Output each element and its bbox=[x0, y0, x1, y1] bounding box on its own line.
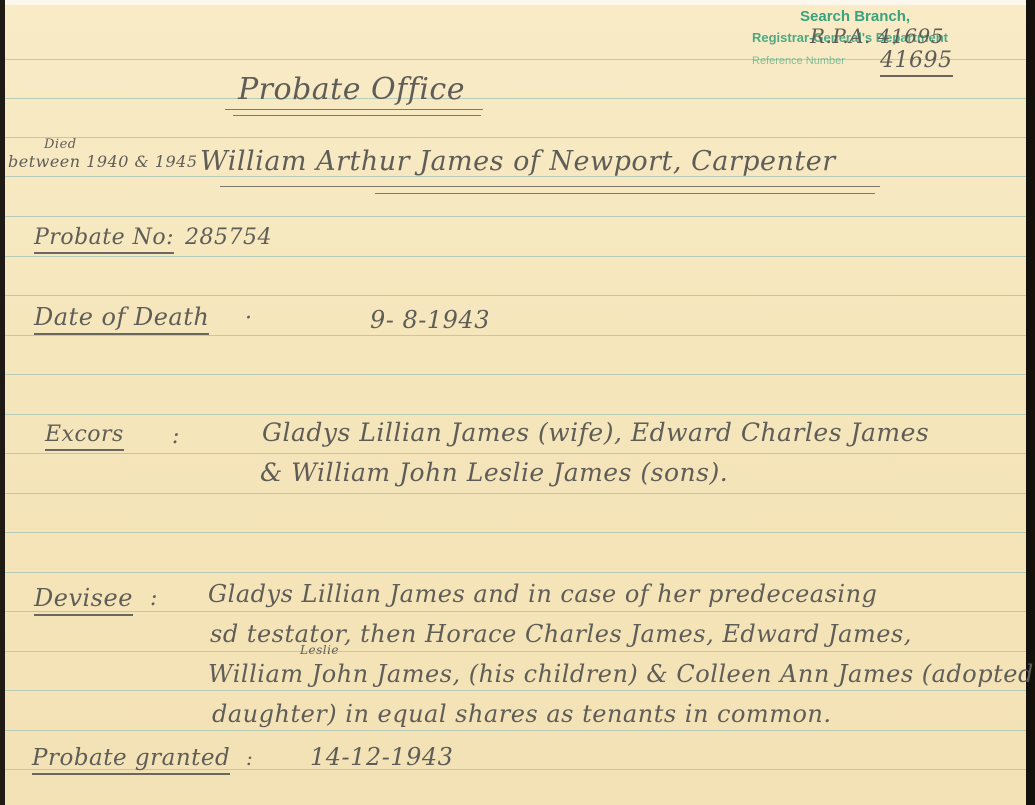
devisee-line-1: Gladys Lillian James and in case of her … bbox=[208, 580, 877, 608]
rule-line bbox=[5, 651, 1026, 652]
devisee-line-3-insert: Leslie bbox=[300, 643, 339, 657]
devisee-line-3: William John James, (his children) & Col… bbox=[208, 660, 1034, 688]
rule-line bbox=[5, 137, 1026, 138]
probate-no-value: 285754 bbox=[185, 225, 272, 250]
date-of-death-label: Date of Death bbox=[34, 303, 209, 335]
rule-line bbox=[5, 453, 1026, 454]
executors-line-1: Gladys Lillian James (wife), Edward Char… bbox=[262, 418, 929, 447]
rule-line bbox=[5, 730, 1026, 731]
probate-granted-separator: : bbox=[246, 746, 253, 770]
probate-granted-label: Probate granted bbox=[32, 745, 230, 775]
name-underline bbox=[220, 186, 880, 187]
probate-no-label: Probate No: bbox=[34, 225, 174, 254]
rule-line bbox=[5, 98, 1026, 99]
rule-line bbox=[5, 532, 1026, 533]
rule-line bbox=[5, 335, 1026, 336]
scan-left-edge bbox=[0, 0, 5, 805]
deceased-name-line: William Arthur James of Newport, Carpent… bbox=[200, 146, 836, 177]
rule-line bbox=[5, 216, 1026, 217]
date-of-death-separator: · bbox=[245, 306, 253, 331]
died-between-years: between 1940 & 1945 bbox=[8, 152, 198, 171]
rule-line bbox=[5, 611, 1026, 612]
stamp-line-reference: Reference Number bbox=[752, 55, 845, 67]
heading-underline bbox=[225, 109, 483, 110]
date-of-death-value: 9- 8-1943 bbox=[370, 306, 490, 334]
heading-underline bbox=[233, 115, 481, 116]
devisee-label: Devisee bbox=[34, 584, 133, 616]
rule-line bbox=[5, 295, 1026, 296]
probate-granted-value: 14-12-1943 bbox=[310, 743, 453, 771]
rule-line bbox=[5, 572, 1026, 573]
rule-line bbox=[5, 414, 1026, 415]
rule-line bbox=[5, 374, 1026, 375]
died-label: Died bbox=[44, 137, 77, 152]
executors-separator: : bbox=[172, 424, 180, 449]
devisee-separator: : bbox=[150, 586, 158, 611]
rule-line bbox=[5, 256, 1026, 257]
page-title: Probate Office bbox=[238, 72, 465, 107]
rule-line bbox=[5, 59, 1026, 60]
handwritten-ref-top: R.P.A. 41695 bbox=[810, 24, 944, 48]
handwritten-ref-number: 41695 bbox=[880, 48, 953, 77]
rule-line bbox=[5, 690, 1026, 691]
devisee-line-4: daughter) in equal shares as tenants in … bbox=[212, 700, 831, 728]
stamp-line-search-branch: Search Branch, bbox=[800, 8, 910, 25]
executors-label: Excors bbox=[45, 422, 124, 451]
rule-line bbox=[5, 493, 1026, 494]
executors-line-2: & William John Leslie James (sons). bbox=[260, 458, 728, 487]
name-underline bbox=[375, 193, 875, 194]
